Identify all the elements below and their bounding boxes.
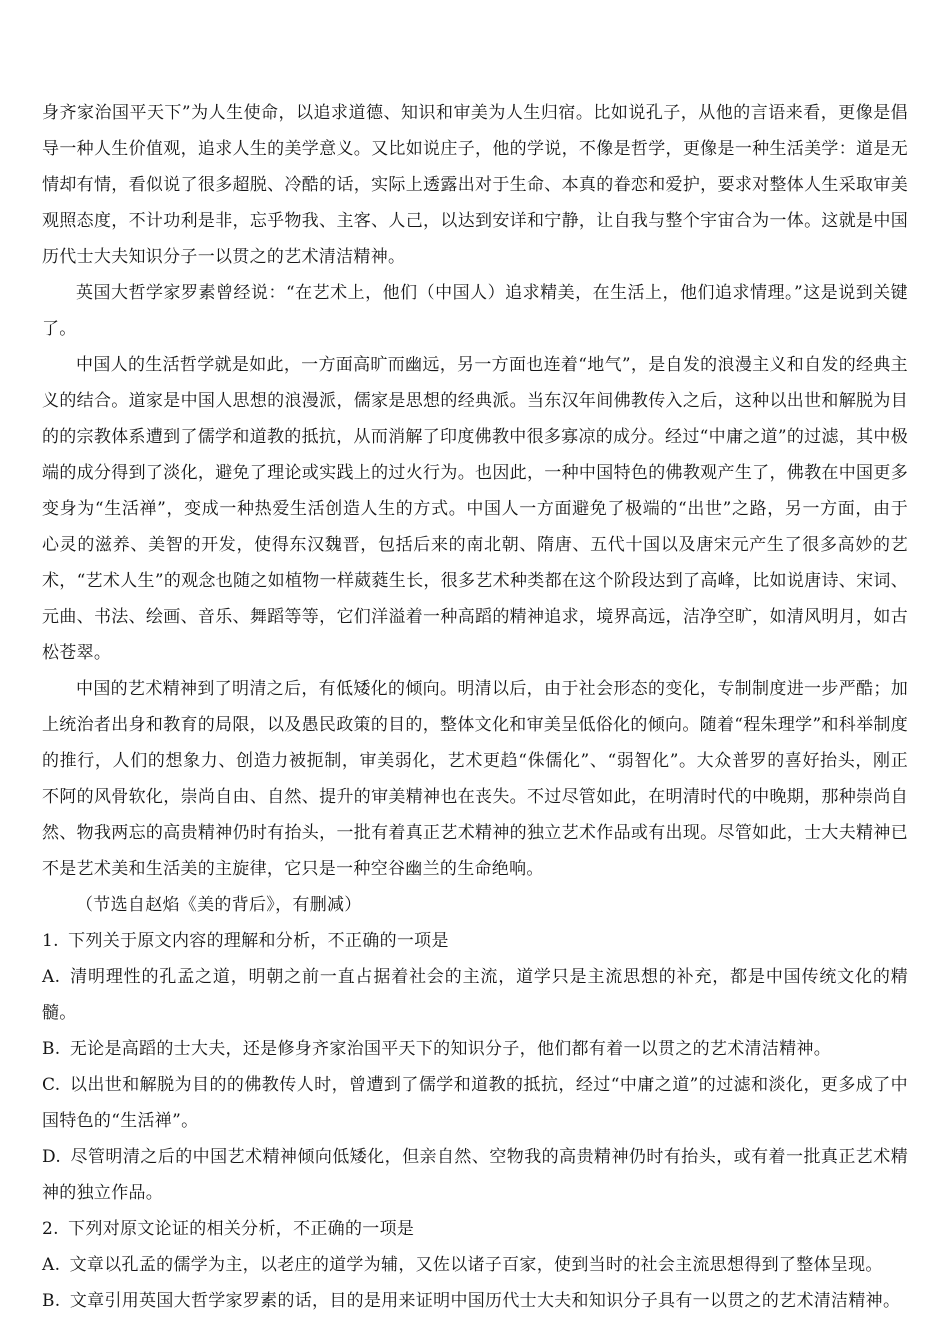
question-2: 2.下列对原文论证的相关分析，不正确的一项是 A.文章以孔孟的儒学为主，以老庄的… <box>42 1211 908 1319</box>
passage-paragraph: 英国大哲学家罗素曾经说：“在艺术上，他们（中国人）追求精美，在生活上，他们追求情… <box>42 275 908 347</box>
question-2-stem: 2.下列对原文论证的相关分析，不正确的一项是 <box>42 1211 908 1247</box>
passage-source-citation: （节选自赵焰《美的背后》，有删减） <box>42 887 908 923</box>
question-1-stem: 1.下列关于原文内容的理解和分析，不正确的一项是 <box>42 923 908 959</box>
option-a-text: 文章以孔孟的儒学为主，以老庄的道学为辅，又佐以诸子百家，使到当时的社会主流思想得… <box>70 1255 883 1275</box>
option-b-text: 无论是高蹈的士大夫，还是修身齐家治国平天下的知识分子，他们都有着一以贯之的艺术清… <box>70 1039 831 1059</box>
option-c-text: 以出世和解脱为目的的佛教传人时，曾遭到了儒学和道教的抵抗，经过“中庸之道”的过滤… <box>42 1075 908 1131</box>
question-2-stem-text: 下列对原文论证的相关分析，不正确的一项是 <box>68 1219 414 1239</box>
option-a-label: A. <box>42 1255 60 1275</box>
question-2-number: 2. <box>42 1219 59 1239</box>
question-1: 1.下列关于原文内容的理解和分析，不正确的一项是 A.清明理性的孔孟之道，明朝之… <box>42 923 908 1211</box>
option-b-text: 文章引用英国大哲学家罗素的话，目的是用来证明中国历代士大夫和知识分子具有一以贯之… <box>70 1291 900 1311</box>
passage-paragraph: 身齐家治国平天下”为人生使命，以追求道德、知识和审美为人生归宿。比如说孔子，从他… <box>42 95 908 275</box>
option-b-label: B. <box>42 1291 61 1311</box>
question-2-option-a: A.文章以孔孟的儒学为主，以老庄的道学为辅，又佐以诸子百家，使到当时的社会主流思… <box>42 1247 908 1283</box>
passage-paragraph: 中国的艺术精神到了明清之后，有低矮化的倾向。明清以后，由于社会形态的变化，专制制… <box>42 671 908 887</box>
reading-passage: 身齐家治国平天下”为人生使命，以追求道德、知识和审美为人生归宿。比如说孔子，从他… <box>42 95 908 923</box>
option-a-text: 清明理性的孔孟之道，明朝之前一直占据着社会的主流，道学只是主流思想的补充，都是中… <box>42 967 908 1023</box>
option-c-label: C. <box>42 1075 60 1095</box>
option-b-label: B. <box>42 1039 61 1059</box>
passage-paragraph: 中国人的生活哲学就是如此，一方面高旷而幽远，另一方面也连着“地气”，是自发的浪漫… <box>42 347 908 671</box>
question-1-option-a: A.清明理性的孔孟之道，明朝之前一直占据着社会的主流，道学只是主流思想的补充，都… <box>42 959 908 1031</box>
option-a-label: A. <box>42 967 60 987</box>
question-1-number: 1. <box>42 931 59 951</box>
question-2-option-b: B.文章引用英国大哲学家罗素的话，目的是用来证明中国历代士大夫和知识分子具有一以… <box>42 1283 908 1319</box>
question-1-stem-text: 下列关于原文内容的理解和分析，不正确的一项是 <box>68 931 449 951</box>
question-1-option-b: B.无论是高蹈的士大夫，还是修身齐家治国平天下的知识分子，他们都有着一以贯之的艺… <box>42 1031 908 1067</box>
exam-document-page: 身齐家治国平天下”为人生使命，以追求道德、知识和审美为人生归宿。比如说孔子，从他… <box>0 0 950 1344</box>
question-1-option-c: C.以出世和解脱为目的的佛教传人时，曾遭到了儒学和道教的抵抗，经过“中庸之道”的… <box>42 1067 908 1139</box>
option-d-text: 尽管明清之后的中国艺术精神倾向低矮化，但亲自然、空物我的高贵精神仍时有抬头，或有… <box>42 1147 908 1203</box>
question-1-option-d: D.尽管明清之后的中国艺术精神倾向低矮化，但亲自然、空物我的高贵精神仍时有抬头，… <box>42 1139 908 1211</box>
option-d-label: D. <box>42 1147 61 1167</box>
